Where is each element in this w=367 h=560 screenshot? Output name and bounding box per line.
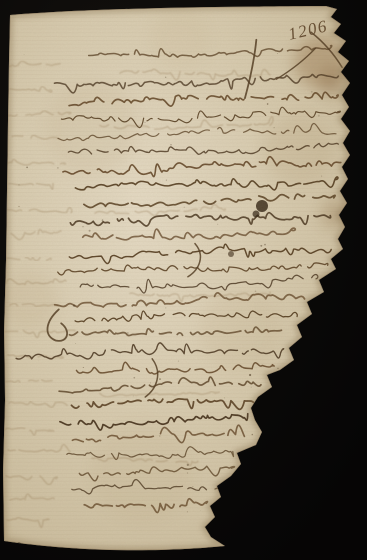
photo-background: 1206	[0, 0, 367, 560]
manuscript-photo: 1206	[0, 0, 367, 560]
